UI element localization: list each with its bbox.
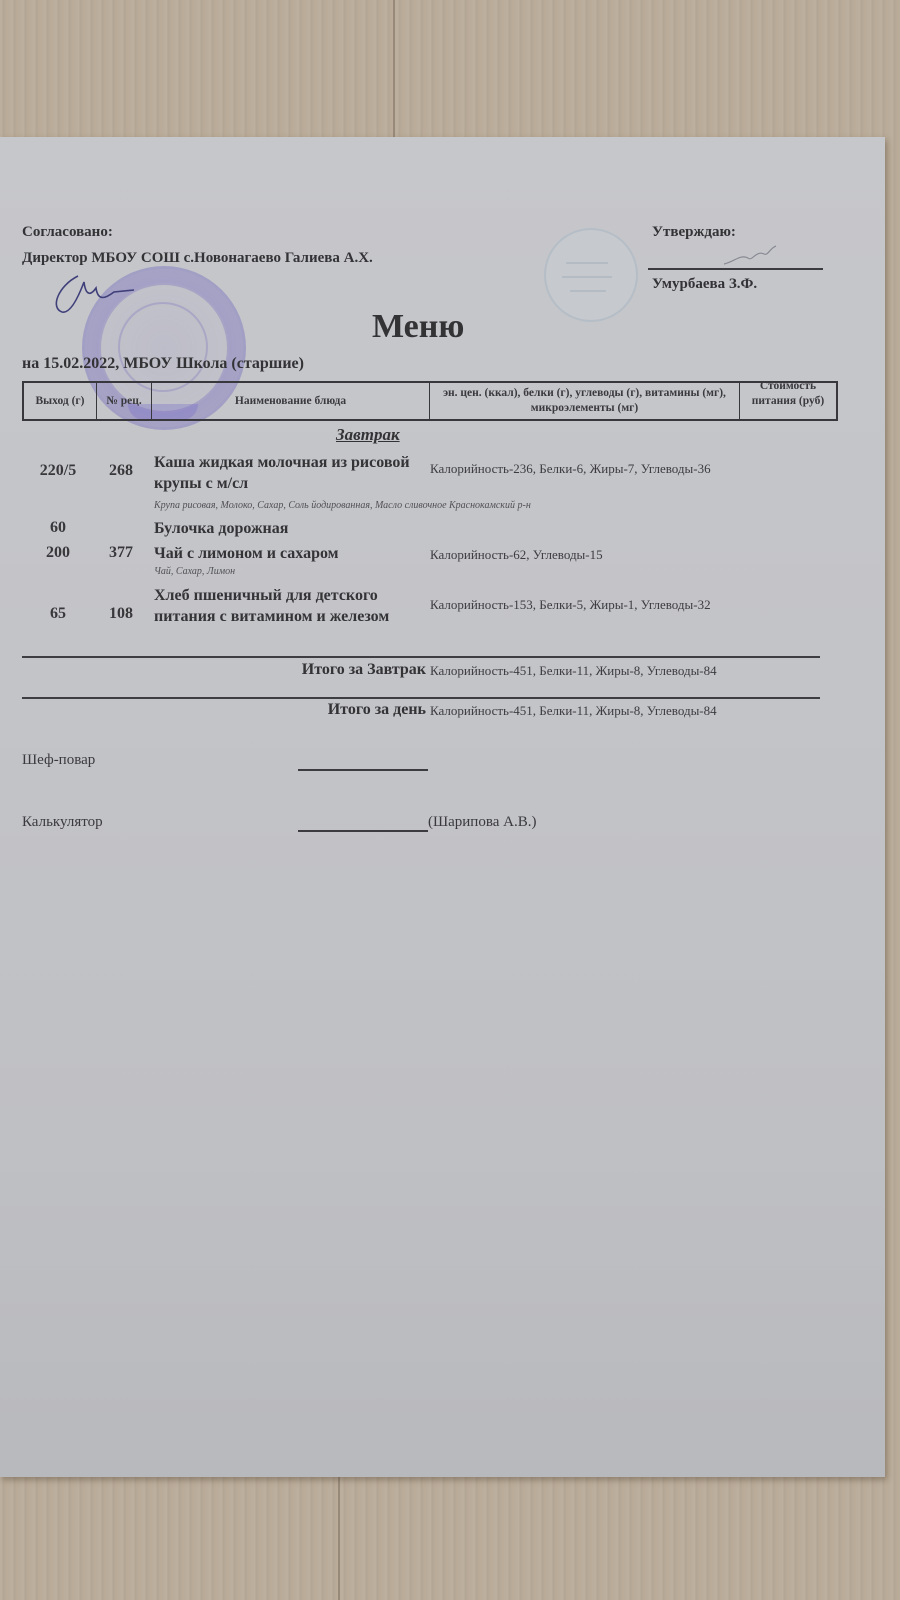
confirm-label: Утверждаю: xyxy=(652,224,736,241)
calculator-label: Калькулятор xyxy=(22,814,103,831)
director-signature-icon xyxy=(48,268,138,318)
page-title: Меню xyxy=(372,308,464,346)
chef-label: Шеф-повар xyxy=(22,752,95,769)
item-nutrition: Калорийность-236, Белки-6, Жиры-7, Углев… xyxy=(430,459,730,478)
total-nutrition: Калорийность-451, Белки-11, Жиры-8, Угле… xyxy=(430,661,730,680)
item-name: Каша жидкая молочная из рисовой крупы с … xyxy=(154,452,424,494)
approver-name: Умурбаева З.Ф. xyxy=(652,276,757,293)
item-name: Чай с лимоном и сахаром xyxy=(154,543,424,564)
total-label: Итого за день xyxy=(150,701,426,719)
item-yield: 60 xyxy=(22,519,94,537)
approver-signature-line xyxy=(648,268,823,270)
calculator-signature-line xyxy=(298,830,428,832)
item-ingredients: Крупа рисовая, Молоко, Сахар, Соль йодир… xyxy=(154,500,531,511)
approval-stamp-line xyxy=(570,290,606,292)
item-name: Хлеб пшеничный для детского питания с ви… xyxy=(154,585,424,627)
column-header-cost: Стоимость питания (руб) xyxy=(740,379,836,419)
table-seam xyxy=(338,1476,340,1600)
item-recipe: 377 xyxy=(92,544,150,562)
approved-label: Согласовано: xyxy=(22,224,113,241)
total-label: Итого за Завтрак xyxy=(150,661,426,679)
item-recipe: 268 xyxy=(92,462,150,480)
item-yield: 220/5 xyxy=(22,462,94,480)
item-yield: 200 xyxy=(22,544,94,562)
table-header: Выход (г) № рец. Наименование блюда эн. … xyxy=(22,381,838,421)
item-nutrition: Калорийность-153, Белки-5, Жиры-1, Углев… xyxy=(430,595,730,614)
column-header-dish: Наименование блюда xyxy=(152,383,430,419)
column-header-recipe: № рец. xyxy=(97,383,152,419)
menu-date-subtitle: на 15.02.2022, МБОУ Школа (старшие) xyxy=(22,355,304,373)
column-header-yield: Выход (г) xyxy=(24,383,97,419)
total-nutrition: Калорийность-451, Белки-11, Жиры-8, Угле… xyxy=(430,701,730,720)
calculator-name: (Шарипова А.В.) xyxy=(428,814,536,831)
approval-stamp-line xyxy=(566,262,608,264)
approval-stamp-line xyxy=(562,276,612,278)
item-ingredients: Чай, Сахар, Лимон xyxy=(154,566,235,577)
item-name: Булочка дорожная xyxy=(154,518,424,539)
table-seam xyxy=(393,0,395,140)
column-header-nutrition: эн. цен. (ккал), белки (г), углеводы (г)… xyxy=(430,383,740,419)
total-separator xyxy=(22,656,820,658)
total-separator xyxy=(22,697,820,699)
item-nutrition: Калорийность-62, Углеводы-15 xyxy=(430,545,730,564)
section-heading-breakfast: Завтрак xyxy=(336,425,400,445)
director-line: Директор МБОУ СОШ с.Новонагаево Галиева … xyxy=(22,250,373,267)
item-yield: 65 xyxy=(22,605,94,623)
chef-signature-line xyxy=(298,769,428,771)
item-recipe: 108 xyxy=(92,605,150,623)
approver-signature-icon xyxy=(720,244,780,270)
